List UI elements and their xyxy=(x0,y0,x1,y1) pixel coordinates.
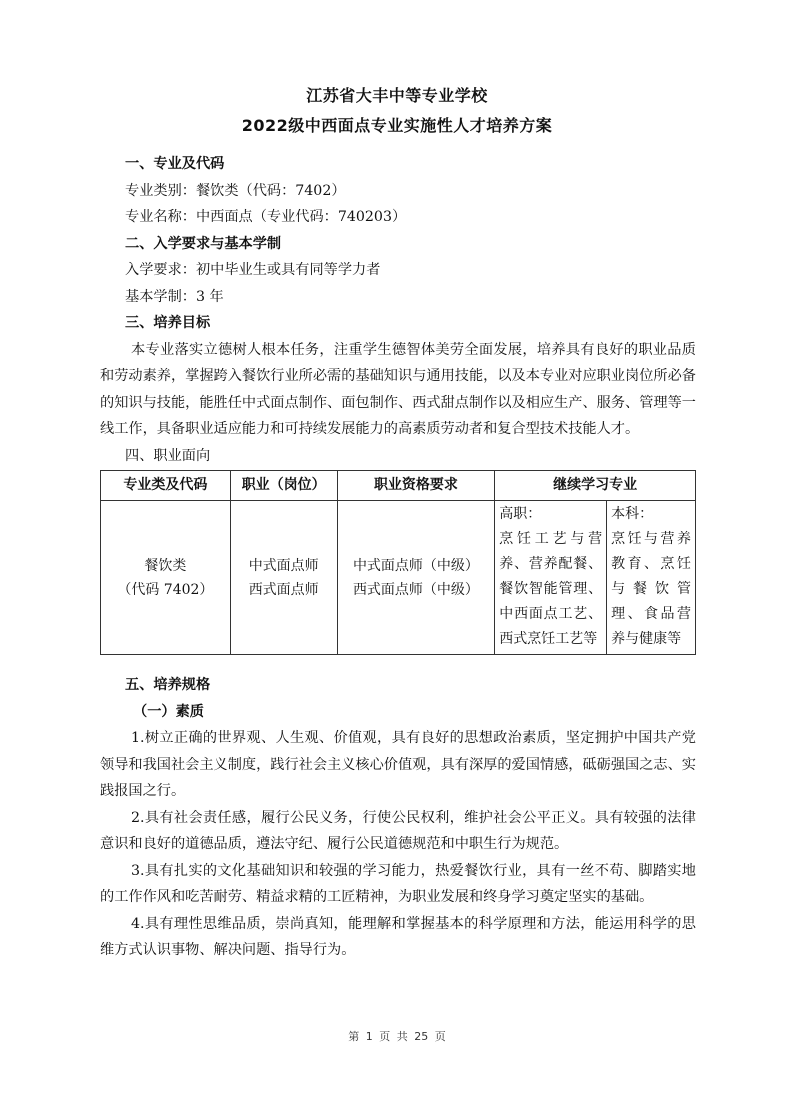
job-2: 西式面点师 xyxy=(231,578,337,602)
undergraduate-majors: 烹饪与营养教育、烹饪与餐饮管理、食品营养与健康等 xyxy=(611,527,691,652)
cert-2: 西式面点师（中级） xyxy=(338,578,495,602)
higher-vocational-majors: 烹饪工艺与营养、营养配餐、餐饮智能管理、中西面点工艺、西式烹饪工艺等 xyxy=(499,527,602,652)
cell-category: 餐饮类 （代码 7402） xyxy=(101,501,231,655)
cell-higher-vocational: 高职： 烹饪工艺与营养、营养配餐、餐饮智能管理、中西面点工艺、西式烹饪工艺等 xyxy=(495,501,607,655)
document-title-school: 江苏省大丰中等专业学校 xyxy=(0,83,794,106)
header-certification: 职业资格要求 xyxy=(337,471,495,501)
study-duration: 基本学制：3 年 xyxy=(100,284,696,311)
major-category: 专业类别：餐饮类（代码：7402） xyxy=(100,178,696,205)
table-header-row: 专业类及代码 职业（岗位） 职业资格要求 继续学习专业 xyxy=(101,471,696,501)
table-row: 餐饮类 （代码 7402） 中式面点师 西式面点师 中式面点师（中级） 西式面点… xyxy=(101,501,696,655)
quality-subheading: （一）素质 xyxy=(100,699,696,726)
section-5-heading: 五、培养规格 xyxy=(100,672,696,699)
quality-item-1: 1.树立正确的世界观、人生观、价值观，具有良好的思想政治素质，坚定拥护中国共产党… xyxy=(100,725,696,805)
entry-requirement: 入学要求：初中毕业生或具有同等学力者 xyxy=(100,257,696,284)
section-4-heading: 四、职业面向 xyxy=(100,443,696,470)
undergraduate-label: 本科： xyxy=(611,502,691,527)
quality-item-2: 2.具有社会责任感，履行公民义务，行使公民权利，维护社会公平正义。具有较强的法律… xyxy=(100,805,696,858)
header-category: 专业类及代码 xyxy=(101,471,231,501)
cell-certifications: 中式面点师（中级） 西式面点师（中级） xyxy=(337,501,495,655)
cell-undergraduate: 本科： 烹饪与营养教育、烹饪与餐饮管理、食品营养与健康等 xyxy=(607,501,696,655)
category-code: （代码 7402） xyxy=(101,578,230,602)
cell-jobs: 中式面点师 西式面点师 xyxy=(230,501,337,655)
header-job: 职业（岗位） xyxy=(230,471,337,501)
training-goal-paragraph: 本专业落实立德树人根本任务，注重学生德智体美劳全面发展，培养具有良好的职业品质和… xyxy=(100,337,696,443)
header-further-study: 继续学习专业 xyxy=(495,471,696,501)
document-page: 江苏省大丰中等专业学校 2022级中西面点专业实施性人才培养方案 一、专业及代码… xyxy=(0,0,794,1108)
cert-1: 中式面点师（中级） xyxy=(338,554,495,578)
job-1: 中式面点师 xyxy=(231,554,337,578)
spacer xyxy=(100,655,696,672)
category-name: 餐饮类 xyxy=(101,554,230,578)
section-1-heading: 一、专业及代码 xyxy=(100,151,696,178)
section-3-heading: 三、培养目标 xyxy=(100,310,696,337)
quality-item-4: 4.具有理性思维品质，崇尚真知，能理解和掌握基本的科学原理和方法，能运用科学的思… xyxy=(100,911,696,964)
page-number-footer: 第 1 页 共 25 页 xyxy=(0,1028,794,1044)
career-orientation-table: 专业类及代码 职业（岗位） 职业资格要求 继续学习专业 餐饮类 （代码 7402… xyxy=(100,470,696,655)
major-name: 专业名称：中西面点（专业代码：740203） xyxy=(100,204,696,231)
higher-vocational-label: 高职： xyxy=(499,502,602,527)
document-body: 一、专业及代码 专业类别：餐饮类（代码：7402） 专业名称：中西面点（专业代码… xyxy=(100,151,696,964)
section-2-heading: 二、入学要求与基本学制 xyxy=(100,231,696,258)
document-title-program: 2022级中西面点专业实施性人才培养方案 xyxy=(0,113,794,136)
quality-item-3: 3.具有扎实的文化基础知识和较强的学习能力，热爱餐饮行业，具有一丝不苟、脚踏实地… xyxy=(100,858,696,911)
